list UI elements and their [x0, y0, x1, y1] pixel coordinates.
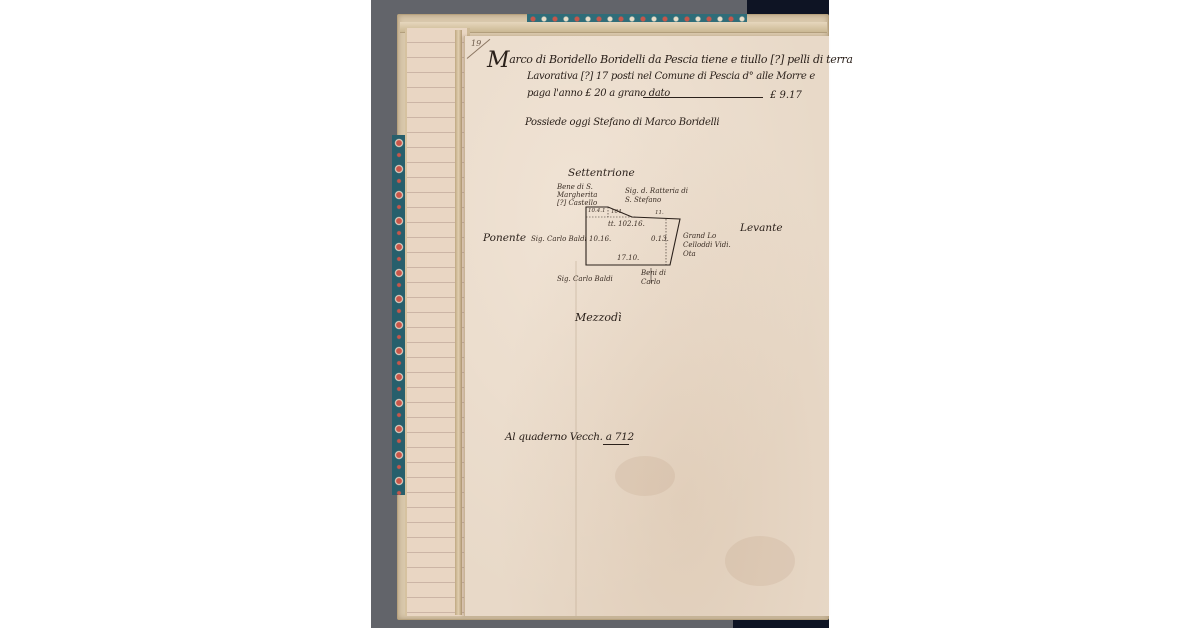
neighbor-south-west: Sig. Carlo Baldi [557, 276, 613, 283]
neighbor-west: Sig. Carlo Baldi [531, 236, 587, 243]
ledger-reference: Al quaderno Vecch. a 712 [505, 432, 634, 443]
neighbor-east: Grand Lo Celloddi Vidi. Ota [683, 232, 739, 259]
manuscript-folio: 19 Marco di Boridello Boridelli da Pesci… [464, 36, 829, 616]
measure-right-side: 0.13. [651, 236, 669, 243]
direction-west: Ponente [483, 233, 526, 244]
measure-top-right: 11. [655, 211, 664, 217]
measure-left-side: 10.16. [589, 236, 611, 243]
measure-top-left: 10.4.1 [588, 209, 606, 215]
direction-south: Mezzodì [575, 312, 622, 323]
measure-area: tt. 102.16. [608, 221, 645, 228]
direction-east: Levante [740, 223, 783, 234]
ledger-page-edge [455, 30, 462, 615]
plot-sketch [465, 36, 829, 616]
measure-bottom: 17.10. [617, 255, 639, 262]
floral-textile-binding-spine [392, 135, 406, 495]
neighbor-north-east: Sig. d. Ratteria di S. Stefano [625, 187, 695, 205]
neighbor-north-west: Bene di S. Margherita [?] Castello [557, 183, 605, 207]
neighbor-south-east: Beni di Carlo [641, 269, 677, 287]
reference-underline [603, 444, 629, 445]
measure-top: 104. [611, 210, 623, 216]
direction-north: Settentrione [568, 168, 635, 179]
